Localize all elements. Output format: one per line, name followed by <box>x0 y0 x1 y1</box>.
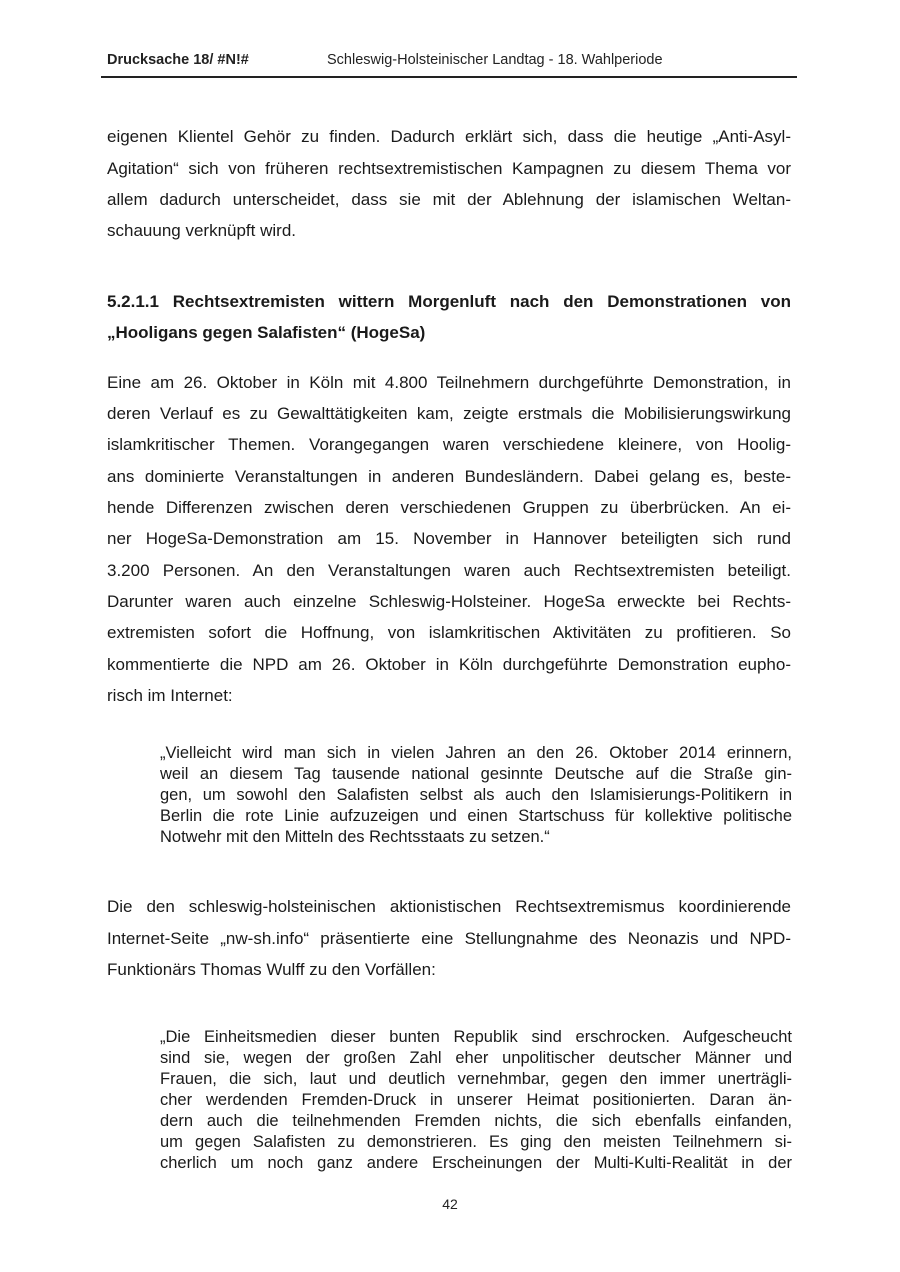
heading-line: 5.2.1.1 Rechtsextremisten wittern Morgen… <box>107 292 791 312</box>
text-line: eigenen Klientel Gehör zu finden. Dadurc… <box>107 127 791 147</box>
text-line: ans dominierte Veranstaltungen in andere… <box>107 467 791 487</box>
document-id: Drucksache 18/ #N!# <box>107 52 249 68</box>
text-line: ner HogeSa-Demonstration am 15. November… <box>107 529 791 549</box>
text-line: risch im Internet: <box>107 686 791 706</box>
quote-line: weil an diesem Tag tausende national ges… <box>160 764 792 784</box>
text-line: 3.200 Personen. An den Veranstaltungen w… <box>107 561 791 581</box>
quote-line: Frauen, die sich, laut und deutlich vern… <box>160 1069 792 1089</box>
quote-line: sind sie, wegen der großen Zahl eher unp… <box>160 1048 792 1068</box>
quote-line: cher werdenden Fremden-Druck in unserer … <box>160 1090 792 1110</box>
text-line: Funktionärs Thomas Wulff zu den Vorfälle… <box>107 960 791 980</box>
quote-line: cherlich um noch ganz andere Erscheinung… <box>160 1153 792 1173</box>
document-title: Schleswig-Holsteinischer Landtag - 18. W… <box>327 52 663 68</box>
text-line: Darunter waren auch einzelne Schleswig-H… <box>107 592 791 612</box>
quote-line: „Vielleicht wird man sich in vielen Jahr… <box>160 743 792 763</box>
text-line: Agitation“ sich von früheren rechtsextre… <box>107 159 791 179</box>
text-line: hende Differenzen zwischen deren verschi… <box>107 498 791 518</box>
text-line: islamkritischer Themen. Vorangegangen wa… <box>107 435 791 455</box>
page-number: 42 <box>0 1196 900 1212</box>
quote-line: „Die Einheitsmedien dieser bunten Republ… <box>160 1027 792 1047</box>
quote-line: dern auch die teilnehmenden Fremden nich… <box>160 1111 792 1131</box>
quote-line: Notwehr mit den Mitteln des Rechtsstaats… <box>160 827 792 847</box>
heading-line: „Hooligans gegen Salafisten“ (HogeSa) <box>107 323 791 343</box>
quote-line: Berlin die rote Linie aufzuzeigen und ei… <box>160 806 792 826</box>
text-line: Die den schleswig-holsteinischen aktioni… <box>107 897 791 917</box>
text-line: allem dadurch unterscheidet, dass sie mi… <box>107 190 791 210</box>
text-line: deren Verlauf es zu Gewalttätigkeiten ka… <box>107 404 791 424</box>
text-line: kommentierte die NPD am 26. Oktober in K… <box>107 655 791 675</box>
text-line: schauung verknüpft wird. <box>107 221 791 241</box>
quote-line: um gegen Salafisten zu demonstrieren. Es… <box>160 1132 792 1152</box>
quote-line: gen, um sowohl den Salafisten selbst als… <box>160 785 792 805</box>
page-header: Drucksache 18/ #N!# Schleswig-Holsteinis… <box>101 50 797 78</box>
text-line: extremisten sofort die Hoffnung, von isl… <box>107 623 791 643</box>
text-line: Internet-Seite „nw-sh.info“ präsentierte… <box>107 929 791 949</box>
text-line: Eine am 26. Oktober in Köln mit 4.800 Te… <box>107 373 791 393</box>
